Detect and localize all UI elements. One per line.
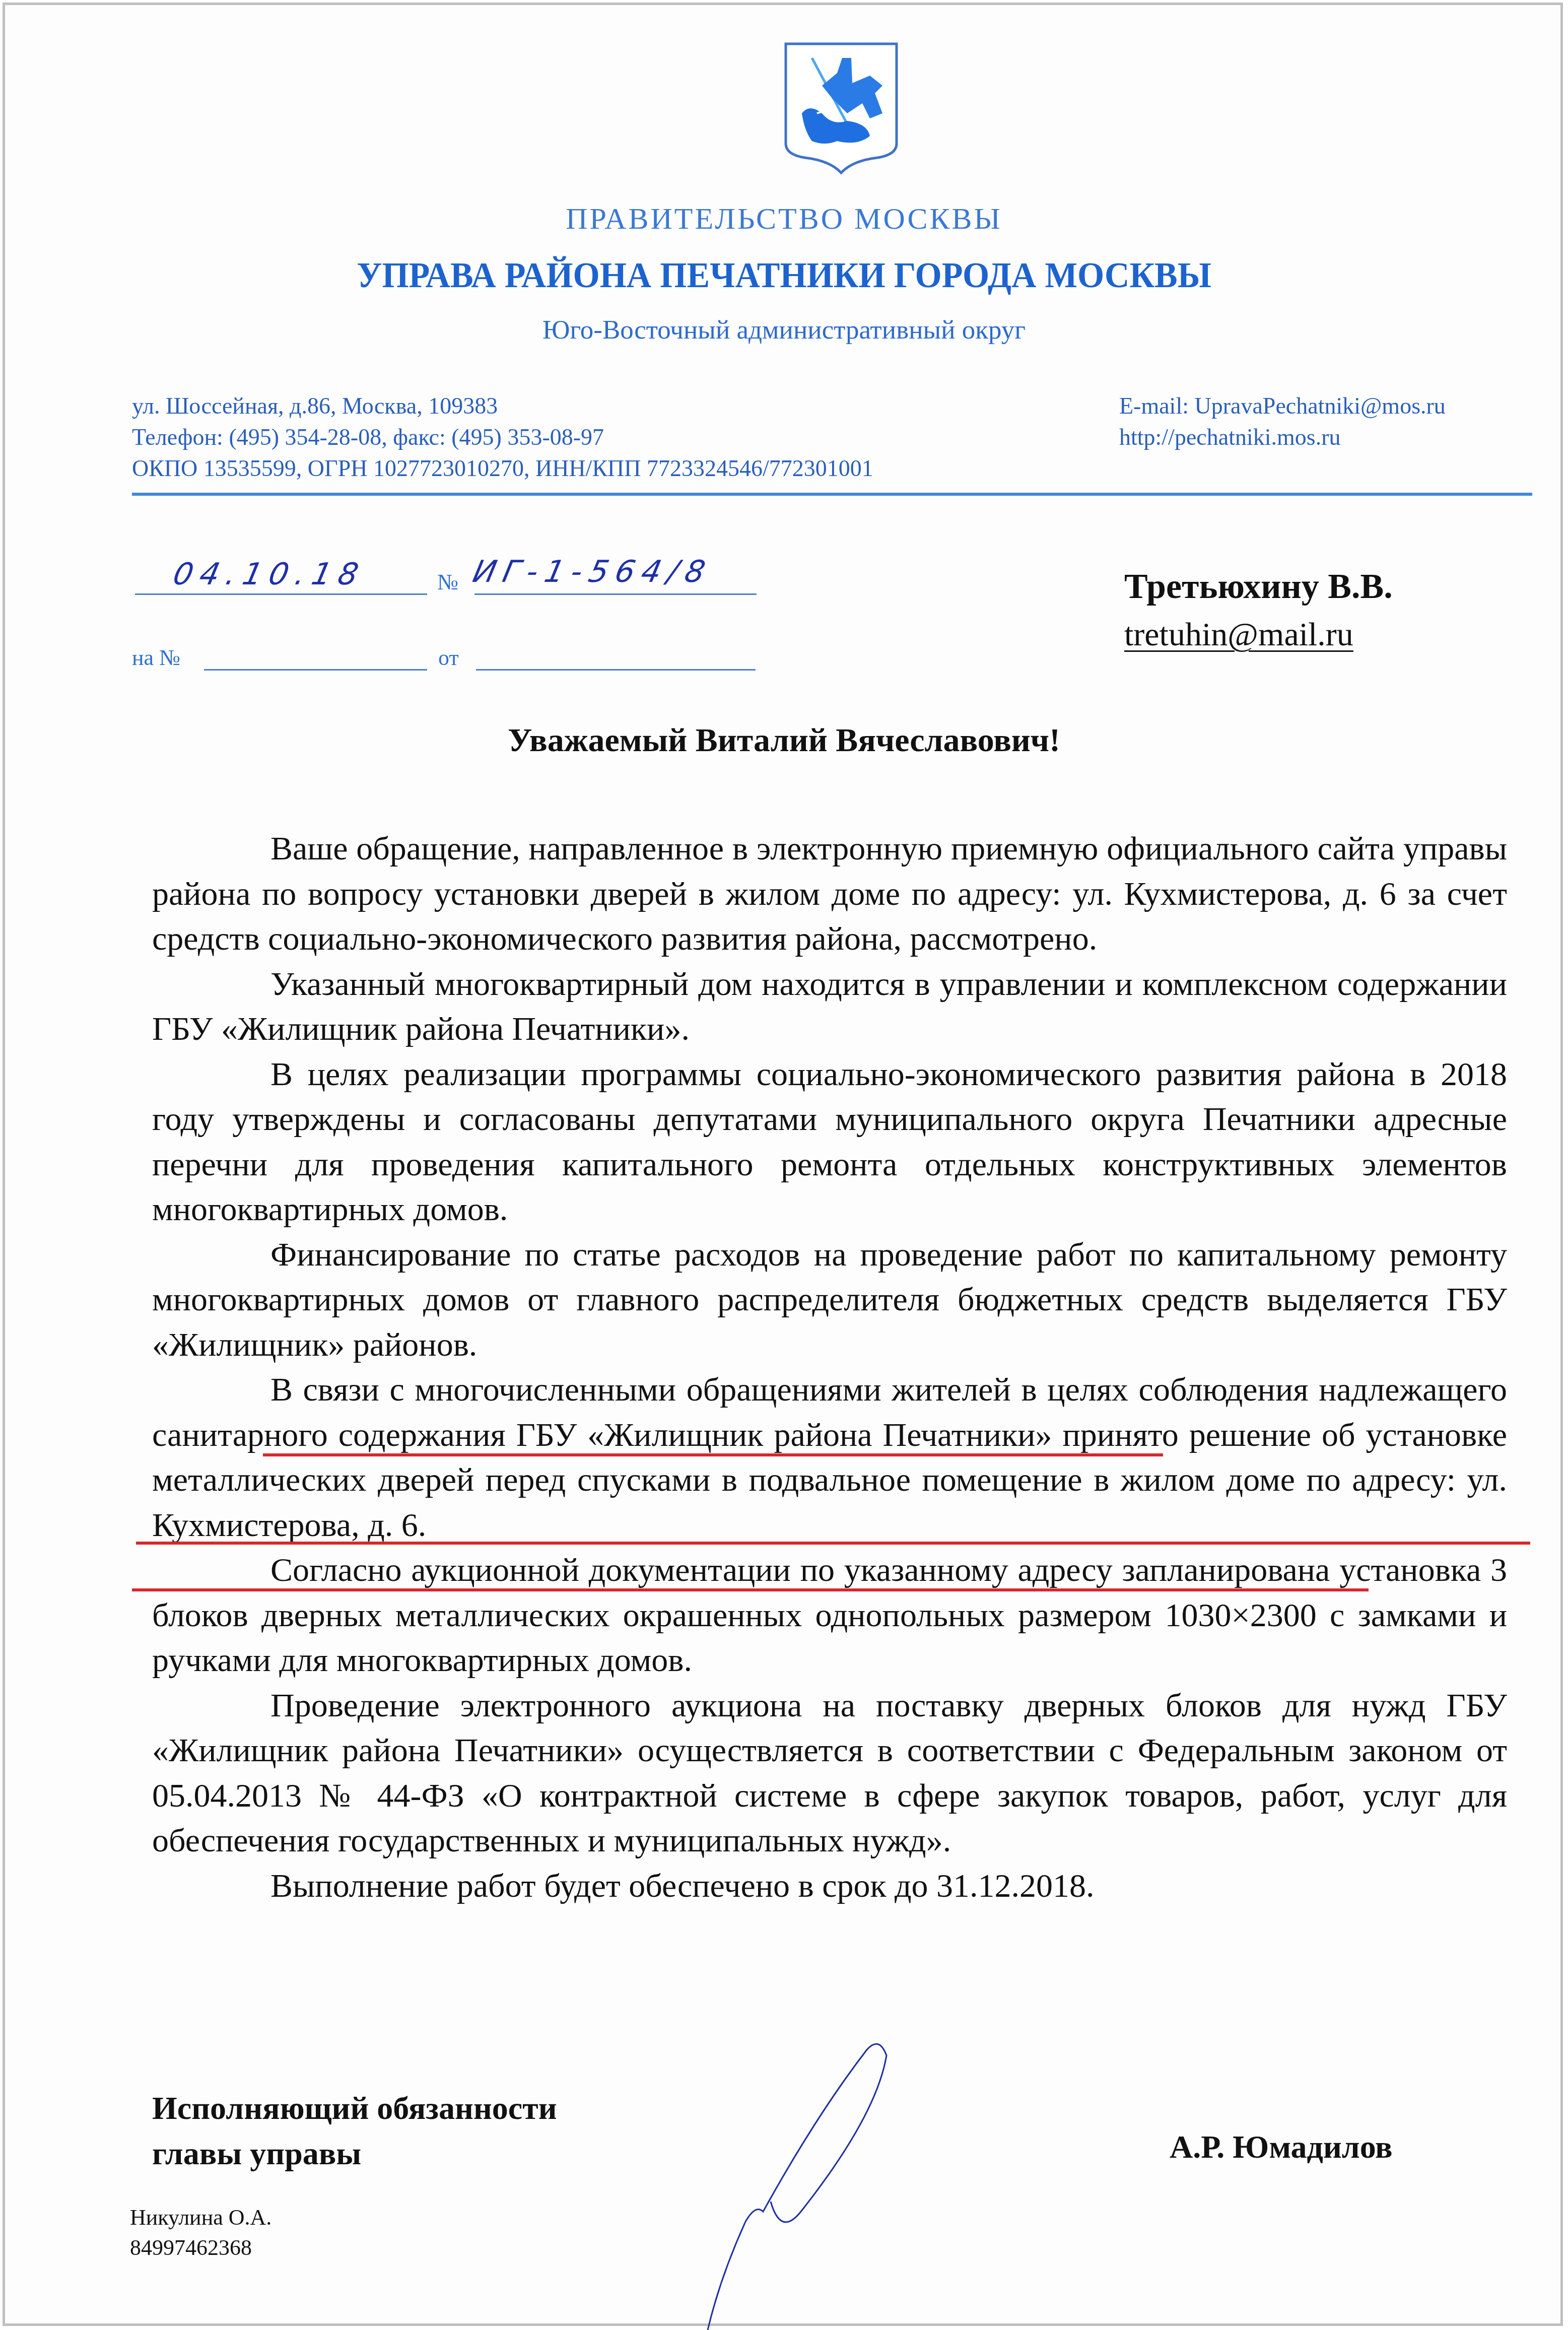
org-website[interactable]: http://pechatniki.mos.ru	[1119, 422, 1446, 453]
addressee-email[interactable]: tretuhin@mail.ru	[1124, 616, 1353, 654]
moscow-coat-of-arms-icon	[782, 38, 900, 176]
paragraph: Проведение электронного аукциона на пост…	[152, 1683, 1507, 1863]
letterhead-divider	[132, 493, 1532, 496]
addressee-name: Третьюхину В.В.	[1124, 567, 1393, 607]
letter-body: Ваше обращение, направленное в электронн…	[152, 826, 1507, 1908]
contacts-left: ул. Шоссейная, д.86, Москва, 109383 Теле…	[132, 390, 873, 484]
executor-name: Никулина О.А.	[130, 2203, 271, 2233]
signatory-title: Исполняющий обязанности главы управы	[152, 2086, 557, 2176]
letter-number: ИГ-1-564/8	[470, 554, 716, 589]
paragraph: Выполнение работ будет обеспечено в срок…	[152, 1863, 1507, 1909]
government-title: ПРАВИТЕЛЬСТВО МОСКВЫ	[0, 202, 1568, 236]
red-underline	[132, 1588, 1369, 1591]
date-line	[135, 593, 427, 595]
paragraph: Ваше обращение, направленное в электронн…	[152, 826, 1507, 962]
executor-phone: 84997462368	[130, 2233, 271, 2263]
red-underline	[263, 1453, 1163, 1456]
number-label: №	[437, 569, 458, 595]
contacts-right: E-mail: UpravaPechatniki@mos.ru http://p…	[1119, 390, 1446, 453]
letter-date: 04.10.18	[170, 557, 369, 592]
address: ул. Шоссейная, д.86, Москва, 109383	[132, 390, 873, 422]
ref-from-label: от	[438, 645, 459, 671]
number-line	[474, 593, 757, 595]
registry-codes: ОКПО 13535599, ОГРН 1027723010270, ИНН/К…	[132, 453, 873, 484]
paragraph-highlighted: В связи с многочисленными обращениями жи…	[152, 1367, 1507, 1548]
paragraph: В целях реализации программы социально-э…	[152, 1052, 1507, 1232]
phone-fax: Телефон: (495) 354-28-08, факс: (495) 35…	[132, 422, 873, 453]
executor-info: Никулина О.А. 84997462368	[130, 2203, 271, 2263]
paragraph: Финансирование по статье расходов на про…	[152, 1232, 1507, 1368]
paragraph: Указанный многоквартирный дом находится …	[152, 962, 1507, 1052]
signatory-name: А.Р. Юмадилов	[1170, 2128, 1393, 2166]
org-email[interactable]: E-mail: UpravaPechatniki@mos.ru	[1119, 390, 1446, 422]
salutation: Уважаемый Виталий Вячеславович!	[0, 721, 1568, 760]
ref-from-line	[476, 669, 756, 671]
handwritten-signature-icon	[680, 2015, 1133, 2330]
ref-number-line	[204, 669, 427, 671]
paragraph: Согласно аукционной документации по указ…	[152, 1548, 1507, 1683]
ref-number-label: на №	[132, 645, 180, 671]
red-underline	[136, 1542, 1530, 1545]
district-title: Юго-Восточный административный округ	[0, 315, 1568, 345]
organization-title: УПРАВА РАЙОНА ПЕЧАТНИКИ ГОРОДА МОСКВЫ	[39, 254, 1529, 296]
